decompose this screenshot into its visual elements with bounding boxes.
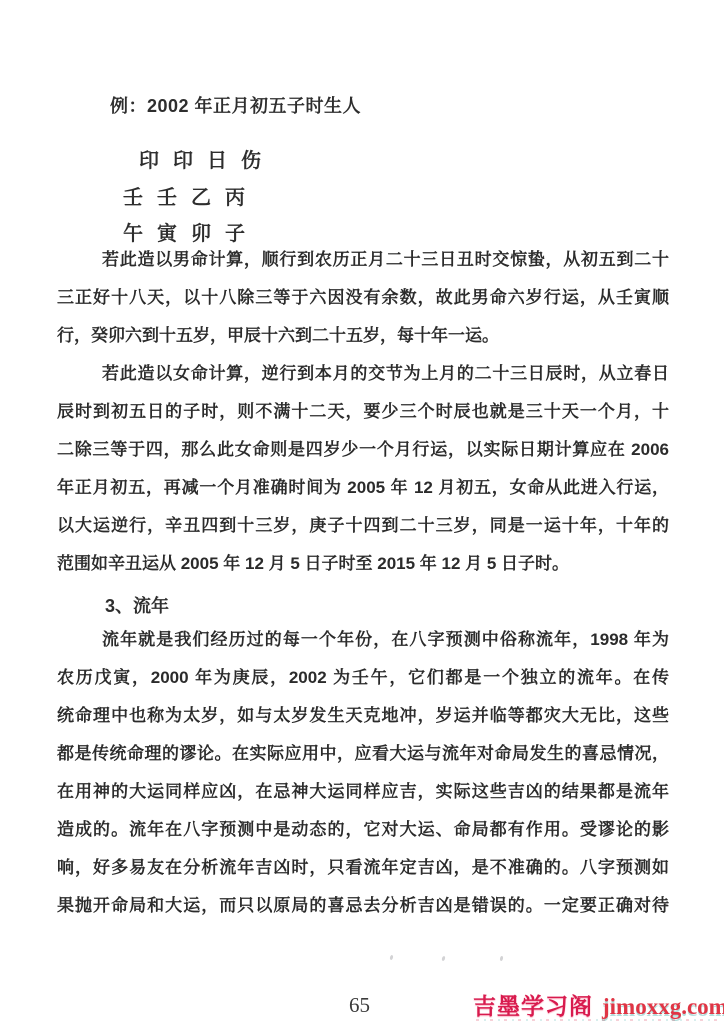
stem-hour: 丙 bbox=[225, 181, 245, 210]
text-line: 果抛开命局和大运，而只以原局的喜忌去分析吉凶是错误的。一定要正确对待 bbox=[57, 887, 669, 925]
text-line: 流年就是我们经历过的每一个年份，在八字预测中俗称流年，1998 年为 bbox=[57, 621, 669, 659]
text-line: 以大运逆行，辛丑四到十三岁，庚子十四到二十三岁，同是一运十年，十年的 bbox=[57, 507, 669, 545]
paragraph-female-luck: 若此造以女命计算，逆行到本月的交节为上月的二十三日辰时，从立春日 辰时到初五日的… bbox=[57, 355, 669, 583]
watermark-domain-text: jimoxxg.com bbox=[602, 994, 724, 1020]
text-line: 三正好十八天，以十八除三等于六因没有余数，故此男命六岁行运，从壬寅顺 bbox=[57, 279, 669, 317]
ten-god-day: 日 bbox=[207, 144, 227, 173]
ten-god-year: 印 bbox=[139, 144, 159, 173]
text-line: 行，癸卯六到十五岁，甲辰十六到二十五岁，每十年一运。 bbox=[57, 317, 669, 355]
text-line: 若此造以女命计算，逆行到本月的交节为上月的二十三日辰时，从立春日 bbox=[57, 355, 669, 393]
example-title: 例：2002 年正月初五子时生人 bbox=[110, 92, 361, 118]
section-heading-liunian: 3、流年 bbox=[105, 592, 169, 618]
paragraph-liunian: 流年就是我们经历过的每一个年份，在八字预测中俗称流年，1998 年为 农历戊寅，… bbox=[57, 621, 669, 925]
scan-speck bbox=[441, 956, 445, 962]
ten-god-hour: 伤 bbox=[241, 144, 261, 173]
text-line: 响，好多易友在分析流年吉凶时，只看流年定吉凶，是不准确的。八字预测如 bbox=[57, 849, 669, 887]
text-line: 造成的。流年在八字预测中是动态的，它对大运、命局都有作用。受谬论的影 bbox=[57, 811, 669, 849]
scan-speck bbox=[389, 955, 393, 961]
scan-artifact-line bbox=[476, 1019, 718, 1021]
stem-year: 壬 bbox=[123, 181, 143, 210]
text-line: 年正月初五，再减一个月准确时间为 2005 年 12 月初五，女命从此进入行运， bbox=[57, 469, 669, 507]
text-line: 若此造以男命计算，顺行到农历正月二十三日丑时交惊蛰，从初五到二十 bbox=[57, 241, 669, 279]
text-line: 统命理中也称为太岁，如与太岁发生天克地冲，岁运并临等都灾大无比，这些 bbox=[57, 697, 669, 735]
text-line: 二除三等于四，那么此女命则是四岁少一个月行运，以实际日期计算应在 2006 bbox=[57, 431, 669, 469]
ten-god-month: 印 bbox=[173, 144, 193, 173]
text-line: 都是传统命理的谬论。在实际应用中，应看大运与流年对命局发生的喜忌情况， bbox=[57, 735, 669, 773]
scan-speck bbox=[500, 956, 504, 962]
stem-month: 壬 bbox=[157, 181, 177, 210]
paragraph-male-luck: 若此造以男命计算，顺行到农历正月二十三日丑时交惊蛰，从初五到二十 三正好十八天，… bbox=[57, 241, 669, 355]
watermark: 吉墨学习阁 jimoxxg.com bbox=[473, 988, 724, 1021]
pillars-stems-row: 壬 壬 乙 丙 bbox=[123, 181, 245, 210]
stem-day: 乙 bbox=[191, 181, 211, 210]
scanned-book-page: 例：2002 年正月初五子时生人 印 印 日 伤 壬 壬 乙 丙 午 寅 卯 子… bbox=[0, 0, 724, 1024]
text-line: 农历戊寅，2000 年为庚辰，2002 为壬午，它们都是一个独立的流年。在传 bbox=[57, 659, 669, 697]
text-line: 辰时到初五日的子时，则不满十二天，要少三个时辰也就是三十天一个月，十 bbox=[57, 393, 669, 431]
page-number: 65 bbox=[349, 993, 370, 1018]
pillars-ten-gods-row: 印 印 日 伤 bbox=[139, 144, 261, 173]
watermark-brand-text: 吉墨学习阁 bbox=[473, 988, 593, 1021]
text-line: 范围如辛丑运从 2005 年 12 月 5 日子时至 2015 年 12 月 5… bbox=[57, 545, 669, 583]
text-line: 在用神的大运同样应凶，在忌神大运同样应吉，实际这些吉凶的结果都是流年 bbox=[57, 773, 669, 811]
